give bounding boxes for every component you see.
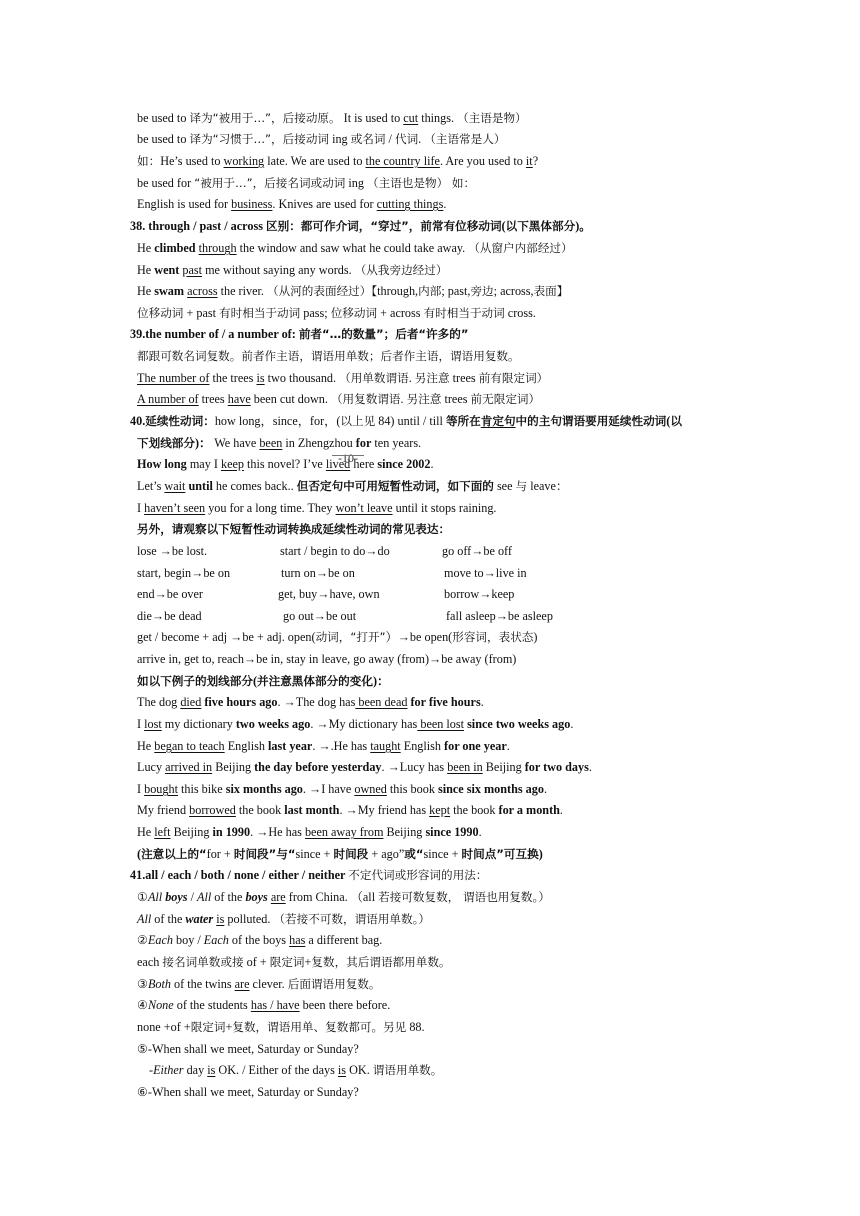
text-line: Lucy arrived in Beijing the day before y…	[137, 759, 592, 775]
underlined-text: is	[338, 1063, 346, 1077]
conversion-cell: go off→be off	[442, 543, 512, 559]
underlined-text: A number of	[137, 392, 199, 406]
text-run: 另注意	[415, 371, 450, 385]
underlined-text: cut	[403, 111, 418, 125]
text-line: How long may I keep this novel? I’ve liv…	[137, 456, 434, 472]
text-run: be used to	[137, 132, 189, 146]
text-line: He swam across the river. （从河的表面经过）【thro…	[137, 283, 568, 299]
document-page: be used to 译为“被用于…”，后接动原。 It is used to …	[0, 0, 860, 1216]
underlined-text: won’t leave	[336, 501, 393, 515]
bold-text: 41.all / each / both / none / either / n…	[130, 868, 348, 882]
text-run: Beijing	[212, 760, 254, 774]
text-run: . →My dictionary has	[310, 717, 417, 731]
text-run: English	[401, 739, 444, 753]
bold-text: climbed	[154, 241, 195, 255]
underlined-text: is	[256, 371, 264, 385]
text-run: of the twins	[171, 977, 235, 991]
text-run: 前有限定词）	[479, 371, 549, 385]
underlined-text: owned	[354, 782, 387, 796]
text-run: been cut down.	[251, 392, 331, 406]
text-run: ③	[137, 977, 148, 991]
bold-text: 但否定句中可用短暂性动词，如下面的	[297, 479, 494, 493]
text-run: 与	[516, 479, 528, 493]
text-run: 有时相当于动词	[219, 306, 300, 320]
underlined-text: been in	[447, 760, 483, 774]
text-run: arrive in, get to, reach→be in, stay in …	[137, 652, 516, 666]
text-run: see	[494, 479, 516, 493]
underlined-text: kept	[429, 803, 450, 817]
underlined-text: been away from	[305, 825, 384, 839]
conversion-cell: end→be over	[137, 586, 203, 602]
text-run: ①	[137, 890, 148, 904]
text-run: each	[137, 955, 162, 969]
text-run: 如：	[137, 154, 160, 168]
text-run: My friend	[137, 803, 189, 817]
text-run: 代词	[395, 132, 418, 146]
text-run: 前无限定词）	[471, 392, 541, 406]
text-run: + ago”	[368, 847, 404, 861]
text-run: the book	[236, 803, 284, 817]
text-run: Beijing	[483, 760, 525, 774]
text-run: two thousand.	[265, 371, 339, 385]
text-line: He went past me without saying any words…	[137, 262, 447, 278]
text-run: this book	[387, 782, 438, 796]
bold-text: in 1990	[213, 825, 251, 839]
text-line: be used to 译为“被用于…”，后接动原。 It is used to …	[137, 110, 527, 126]
conversion-cell: start / begin to do→do	[280, 543, 390, 559]
text-run: English is used for	[137, 197, 231, 211]
text-run: He	[137, 263, 154, 277]
text-run: in Zhengzhou	[282, 436, 355, 450]
text-run: 后面谓语用复数。	[288, 977, 381, 991]
underlined-text: been dead	[355, 695, 407, 709]
underlined-text: keep	[221, 457, 244, 471]
text-run: 位移动词	[331, 306, 377, 320]
underlined-text: it	[526, 154, 533, 168]
underlined-text: past	[182, 263, 202, 277]
underlined-text: lost	[144, 717, 162, 731]
text-run: 译为“被用于…”，后接动原。	[189, 111, 340, 125]
underlined-text: borrowed	[189, 803, 236, 817]
text-run: We have	[211, 436, 259, 450]
underlined-text: through	[199, 241, 237, 255]
text-run: ten years.	[371, 436, 421, 450]
bold-text: since 2002	[377, 457, 430, 471]
text-line: 下划线部分)： We have been in Zhengzhou for te…	[137, 435, 421, 451]
text-run: .	[544, 782, 547, 796]
text-run: .	[431, 457, 434, 471]
text-run: “被用于…”，后接名词或动词	[194, 176, 345, 190]
text-run: .	[479, 825, 482, 839]
underlined-text: are	[271, 890, 286, 904]
bold-text: )	[539, 847, 543, 861]
text-run: .	[570, 717, 573, 731]
bold-text: 或“	[404, 847, 423, 861]
text-run: through,	[377, 284, 418, 298]
bold-text: 时间点”可互换	[462, 847, 539, 861]
bold-text: last year	[268, 739, 312, 753]
text-run: the river.	[218, 284, 267, 298]
text-run: 表面】	[534, 284, 569, 298]
text-run: . Are you used to	[440, 154, 526, 168]
text-run: 不定代词或形容词的用法：	[348, 868, 487, 882]
text-line: 如：He’s used to working late. We are used…	[137, 153, 538, 169]
text-run: All	[137, 912, 151, 926]
text-line: All of the water is polluted. （若接不可数，谓语用…	[137, 911, 430, 927]
bold-text: 延续性动词：	[145, 414, 215, 428]
text-run: get / become + adj →be + adj. open(	[137, 630, 316, 644]
text-run: + across	[377, 306, 423, 320]
bold-text: 时间段	[333, 847, 368, 861]
underlined-text: haven’t seen	[144, 501, 205, 515]
bold-text: 40.	[130, 414, 145, 428]
bold-text: 等所在	[446, 414, 481, 428]
text-run: 动词，“打开”	[316, 630, 386, 644]
bold-text: 以下黑体部分	[506, 219, 576, 233]
text-run: 限定词	[191, 1020, 226, 1034]
text-line: ①All boys / All of the boys are from Chi…	[137, 889, 550, 905]
text-run: 若接可数复数， 谓语也用复数。）	[378, 890, 550, 904]
text-line: He left Beijing in 1990. →He has been aw…	[137, 824, 482, 840]
text-run: been there before.	[300, 998, 391, 1012]
text-run: （若接不可数，谓语用单数。）	[273, 912, 430, 926]
underlined-text: are	[235, 977, 250, 991]
text-run: Beijing	[171, 825, 213, 839]
text-run: .	[507, 739, 510, 753]
text-run: 或名词	[351, 132, 386, 146]
text-run: 位移动词	[137, 306, 183, 320]
page-number: -10-	[338, 451, 358, 466]
text-run: pass;	[300, 306, 330, 320]
text-run: He	[137, 739, 154, 753]
text-run: trees	[199, 392, 228, 406]
text-run: this bike	[178, 782, 226, 796]
text-run: Each	[204, 933, 229, 947]
text-line: ⑤-When shall we meet, Saturday or Sunday…	[137, 1041, 359, 1057]
text-run: . Knives are used for	[272, 197, 376, 211]
text-run: the trees	[209, 371, 256, 385]
underlined-text: across	[187, 284, 217, 298]
text-line: English is used for business. Knives are…	[137, 196, 446, 212]
bold-text: 另外，请观察以下短暂性动词转换成延续性动词的常见表达：	[137, 522, 450, 536]
underlined-text: been lost	[417, 717, 464, 731]
text-line: He climbed through the window and saw wh…	[137, 240, 573, 256]
text-run: All	[197, 890, 211, 904]
text-line: 41.all / each / both / none / either / n…	[130, 867, 487, 883]
text-run: this novel? I’ve	[244, 457, 326, 471]
text-run: Each	[148, 933, 173, 947]
text-run: be used for	[137, 176, 194, 190]
underlined-text: has / have	[251, 998, 300, 1012]
text-run: may I	[187, 457, 221, 471]
text-line: 39.the number of / a number of: 前者“…的数量”…	[130, 326, 468, 342]
underlined-text: The number of	[137, 371, 209, 385]
text-run: Both	[148, 977, 171, 991]
text-run: He’s used to	[160, 154, 223, 168]
text-run: It is used to	[341, 111, 404, 125]
bold-text: 下划线部分	[137, 436, 195, 450]
text-run: me without saying any words.	[202, 263, 355, 277]
bold-text: six months ago	[226, 782, 303, 796]
bold-text: 如以下例子的划线部分	[137, 674, 253, 688]
text-run: how long，since，for，(	[215, 414, 341, 428]
underlined-text: wait	[164, 479, 185, 493]
text-run: Beijing	[383, 825, 425, 839]
underlined-text: died	[180, 695, 201, 709]
text-run: day	[184, 1063, 208, 1077]
text-run: .	[560, 803, 563, 817]
text-run: .	[443, 197, 446, 211]
bold-text: water	[185, 912, 213, 926]
text-run: （从河的表面经过）【	[267, 284, 377, 298]
text-run: 旁边	[470, 284, 493, 298]
bold-text: 中的主句谓语要用延续性动词	[516, 414, 667, 428]
bold-text: 并注意黑体部分的变化	[257, 674, 373, 688]
text-run: until it stops raining.	[393, 501, 497, 515]
text-line: -Either day is OK. / Either of the days …	[149, 1062, 442, 1078]
text-line: A number of trees have been cut down. （用…	[137, 391, 540, 407]
text-run: ; across,	[494, 284, 534, 298]
underlined-text: taught	[370, 739, 400, 753]
bold-text: five hours ago	[204, 695, 277, 709]
text-run: 84) until / till	[375, 414, 446, 428]
text-run: . →I have	[303, 782, 354, 796]
text-run: （主语是物）	[457, 111, 527, 125]
text-run: since +	[423, 847, 461, 861]
bold-text: for	[356, 436, 372, 450]
underlined-text: bought	[144, 782, 178, 796]
text-run: he comes back..	[213, 479, 297, 493]
text-run: + past	[183, 306, 219, 320]
bold-text: went	[154, 263, 179, 277]
text-run: 接名词单数或接	[162, 955, 243, 969]
underlined-text: left	[154, 825, 170, 839]
text-run: clever.	[250, 977, 288, 991]
text-run: cross.	[505, 306, 536, 320]
conversion-cell: lose →be lost.	[137, 543, 207, 559]
text-run: 形容词，表状态	[452, 630, 533, 644]
text-line: Let’s wait until he comes back.. 但否定句中可用…	[137, 478, 568, 494]
text-run: 另注意	[407, 392, 442, 406]
text-run: none +of +	[137, 1020, 191, 1034]
text-run: .	[589, 760, 592, 774]
text-run: （用复数谓语	[331, 392, 401, 406]
text-run: ②	[137, 933, 148, 947]
bold-text: until	[188, 479, 212, 493]
bold-text: for two days	[525, 760, 589, 774]
text-run: 复数，谓语用单、复数都可。另见	[232, 1020, 406, 1034]
bold-text: 前者“…的数量”；后者“许多的”	[299, 327, 469, 341]
underlined-text: have	[228, 392, 251, 406]
text-line: My friend borrowed the book last month. …	[137, 802, 563, 818]
text-run: of the	[211, 890, 245, 904]
text-run: be used to	[137, 111, 189, 125]
bold-text: since six months ago	[438, 782, 544, 796]
text-run: . →My friend has	[339, 803, 429, 817]
text-line: 另外，请观察以下短暂性动词转换成延续性动词的常见表达：	[137, 521, 450, 537]
text-run: 有时相当于动词	[424, 306, 505, 320]
bold-text: for one year	[444, 739, 507, 753]
text-line: get / become + adj →be + adj. open(动词，“打…	[137, 629, 537, 645]
text-run: 内部	[418, 284, 441, 298]
text-run: polluted.	[224, 912, 273, 926]
text-run: 88.	[406, 1020, 424, 1034]
text-run: （主语也是物） 如：	[367, 176, 475, 190]
bold-text: 区别：都可作介词，“穿过”，前常有位移动词	[266, 219, 502, 233]
bold-text: )：	[195, 436, 211, 450]
bold-text: 39.the number of / a number of:	[130, 327, 299, 341]
underlined-text: the country life	[365, 154, 439, 168]
underlined-text: arrived in	[165, 760, 212, 774]
text-line: each 接名词单数或接 of + 限定词+复数，其后谓语都用单数。	[137, 954, 451, 970]
text-line: 都跟可数名词复数。前者作主语，谓语用单数；后者作主语，谓语用复数。	[137, 348, 520, 364]
text-run: . →Lucy has	[382, 760, 448, 774]
bold-text: since 1990	[425, 825, 478, 839]
text-run: the window and saw what he could take aw…	[237, 241, 469, 255]
text-line: be used to 译为“习惯于…”，后接动词 ing 或名词 / 代词. （…	[137, 131, 505, 147]
bold-text: the day before yesterday	[254, 760, 381, 774]
conversion-cell: fall asleep→be asleep	[446, 608, 553, 624]
text-run: The dog	[137, 695, 180, 709]
text-line: ⑥-When shall we meet, Saturday or Sunday…	[137, 1084, 359, 1100]
text-run: you for a long time. They	[205, 501, 335, 515]
text-run: since +	[295, 847, 333, 861]
underlined-text: business	[231, 197, 272, 211]
text-run: boy /	[173, 933, 204, 947]
text-run: OK.	[346, 1063, 373, 1077]
text-run: 以上见	[340, 414, 375, 428]
text-line: arrive in, get to, reach→be in, stay in …	[137, 651, 516, 667]
text-line: I lost my dictionary two weeks ago. →My …	[137, 716, 573, 732]
underlined-text: been	[259, 436, 282, 450]
text-line: ②Each boy / Each of the boys has a diffe…	[137, 932, 382, 948]
text-run: 限定词	[270, 955, 305, 969]
text-run: （从我旁边经过）	[355, 263, 448, 277]
text-run: leave：	[527, 479, 568, 493]
bold-text: for a month	[499, 803, 560, 817]
underlined-text: began to teach	[154, 739, 224, 753]
text-run: /	[188, 890, 197, 904]
bold-text: for five hours	[411, 695, 481, 709]
text-run: OK. / Either of the days	[215, 1063, 338, 1077]
text-run: .	[481, 695, 484, 709]
text-run: late. We are used to	[264, 154, 365, 168]
bold-text: 时间段”与“	[234, 847, 296, 861]
text-line: I haven’t seen you for a long time. They…	[137, 500, 496, 516]
text-run: None	[148, 998, 174, 1012]
text-run: （用单数谓语	[339, 371, 409, 385]
text-run: trees	[450, 371, 479, 385]
text-line: 如以下例子的划线部分(并注意黑体部分的变化)：	[137, 673, 389, 689]
text-line: 位移动词 + past 有时相当于动词 pass; 位移动词 + across …	[137, 305, 536, 321]
conversion-cell: die→be dead	[137, 608, 202, 624]
bold-text: 。	[579, 219, 591, 233]
bold-text: boys	[245, 890, 267, 904]
text-line: none +of +限定词+复数，谓语用单、复数都可。另见 88.	[137, 1019, 425, 1035]
text-run: ④	[137, 998, 148, 1012]
text-run: the book	[450, 803, 498, 817]
bold-text: 38. through / past / across	[130, 219, 266, 233]
text-run: ; past,	[441, 284, 470, 298]
bold-text: How long	[137, 457, 187, 471]
text-run: a different bag.	[305, 933, 382, 947]
bold-text: swam	[154, 284, 184, 298]
text-run: ing	[345, 176, 367, 190]
text-run: He	[137, 284, 154, 298]
conversion-cell: turn on→be on	[281, 565, 355, 581]
underlined-text: working	[224, 154, 265, 168]
text-line: He began to teach English last year. →.H…	[137, 738, 510, 754]
text-run: )	[533, 630, 537, 644]
text-line: ④None of the students has / have been th…	[137, 997, 390, 1013]
text-run: from China. （all	[286, 890, 378, 904]
text-line: 38. through / past / across 区别：都可作介词，“穿过…	[130, 218, 591, 234]
text-run: . →He has	[250, 825, 305, 839]
bold-text: )：	[373, 674, 389, 688]
conversion-cell: start, begin→be on	[137, 565, 230, 581]
text-run: ?	[533, 154, 538, 168]
text-run: 都跟可数名词复数。前者作主语，谓语用单数；后者作主语，谓语用复数。	[137, 349, 520, 363]
text-line: ③Both of the twins are clever. 后面谓语用复数。	[137, 976, 381, 992]
text-run: Lucy	[137, 760, 165, 774]
text-run: （从窗户内部经过）	[468, 241, 572, 255]
text-line: The number of the trees is two thousand.…	[137, 370, 548, 386]
text-run: （主语常是人）	[424, 132, 505, 146]
text-line: The dog died five hours ago. →The dog ha…	[137, 694, 484, 710]
text-run: of the students	[174, 998, 251, 1012]
text-line: be used for “被用于…”，后接名词或动词 ing （主语也是物） 如…	[137, 175, 475, 191]
conversion-cell: go out→be out	[283, 608, 356, 624]
text-run: He	[137, 241, 154, 255]
bold-text: 以	[670, 414, 682, 428]
text-run: . →.He has	[312, 739, 370, 753]
bold-text: since two weeks ago	[467, 717, 570, 731]
text-run: 复数，其后谓语都用单数。	[311, 955, 450, 969]
text-run: All	[148, 890, 162, 904]
text-run: of +	[244, 955, 270, 969]
text-run: Let’s	[137, 479, 164, 493]
text-run: of the boys	[229, 933, 289, 947]
text-run: 谓语用单数。	[373, 1063, 443, 1077]
text-run: of the	[151, 912, 185, 926]
text-run: ⑥-When shall we meet, Saturday or Sunday…	[137, 1085, 359, 1099]
text-run: He	[137, 825, 154, 839]
text-line: I bought this bike six months ago. →I ha…	[137, 781, 547, 797]
text-line: (注意以上的“for + 时间段”与“since + 时间段 + ago”或“s…	[137, 846, 543, 862]
underlined-text: cutting things	[377, 197, 444, 211]
text-run: 译为“习惯于…”，后接动词	[189, 132, 329, 146]
text-run: things.	[418, 111, 457, 125]
text-run: my dictionary	[162, 717, 236, 731]
conversion-cell: get, buy→have, own	[278, 586, 380, 602]
bold-text: last month	[284, 803, 339, 817]
text-line: 40.延续性动词：how long，since，for，(以上见 84) unt…	[130, 413, 682, 429]
underlined-text: has	[289, 933, 305, 947]
text-run: Either	[153, 1063, 183, 1077]
text-run: ing	[329, 132, 351, 146]
bold-text: 注意以上的“	[141, 847, 207, 861]
text-run: English	[225, 739, 268, 753]
conversion-cell: borrow→keep	[444, 586, 514, 602]
text-run: /	[385, 132, 394, 146]
text-run: ）→be open(	[386, 630, 453, 644]
underlined-text: 肯定句	[481, 414, 516, 428]
bold-text: two weeks ago	[236, 717, 310, 731]
conversion-cell: move to→live in	[444, 565, 527, 581]
text-run: trees	[441, 392, 470, 406]
text-run: . →The dog has	[277, 695, 355, 709]
text-run: for +	[207, 847, 234, 861]
